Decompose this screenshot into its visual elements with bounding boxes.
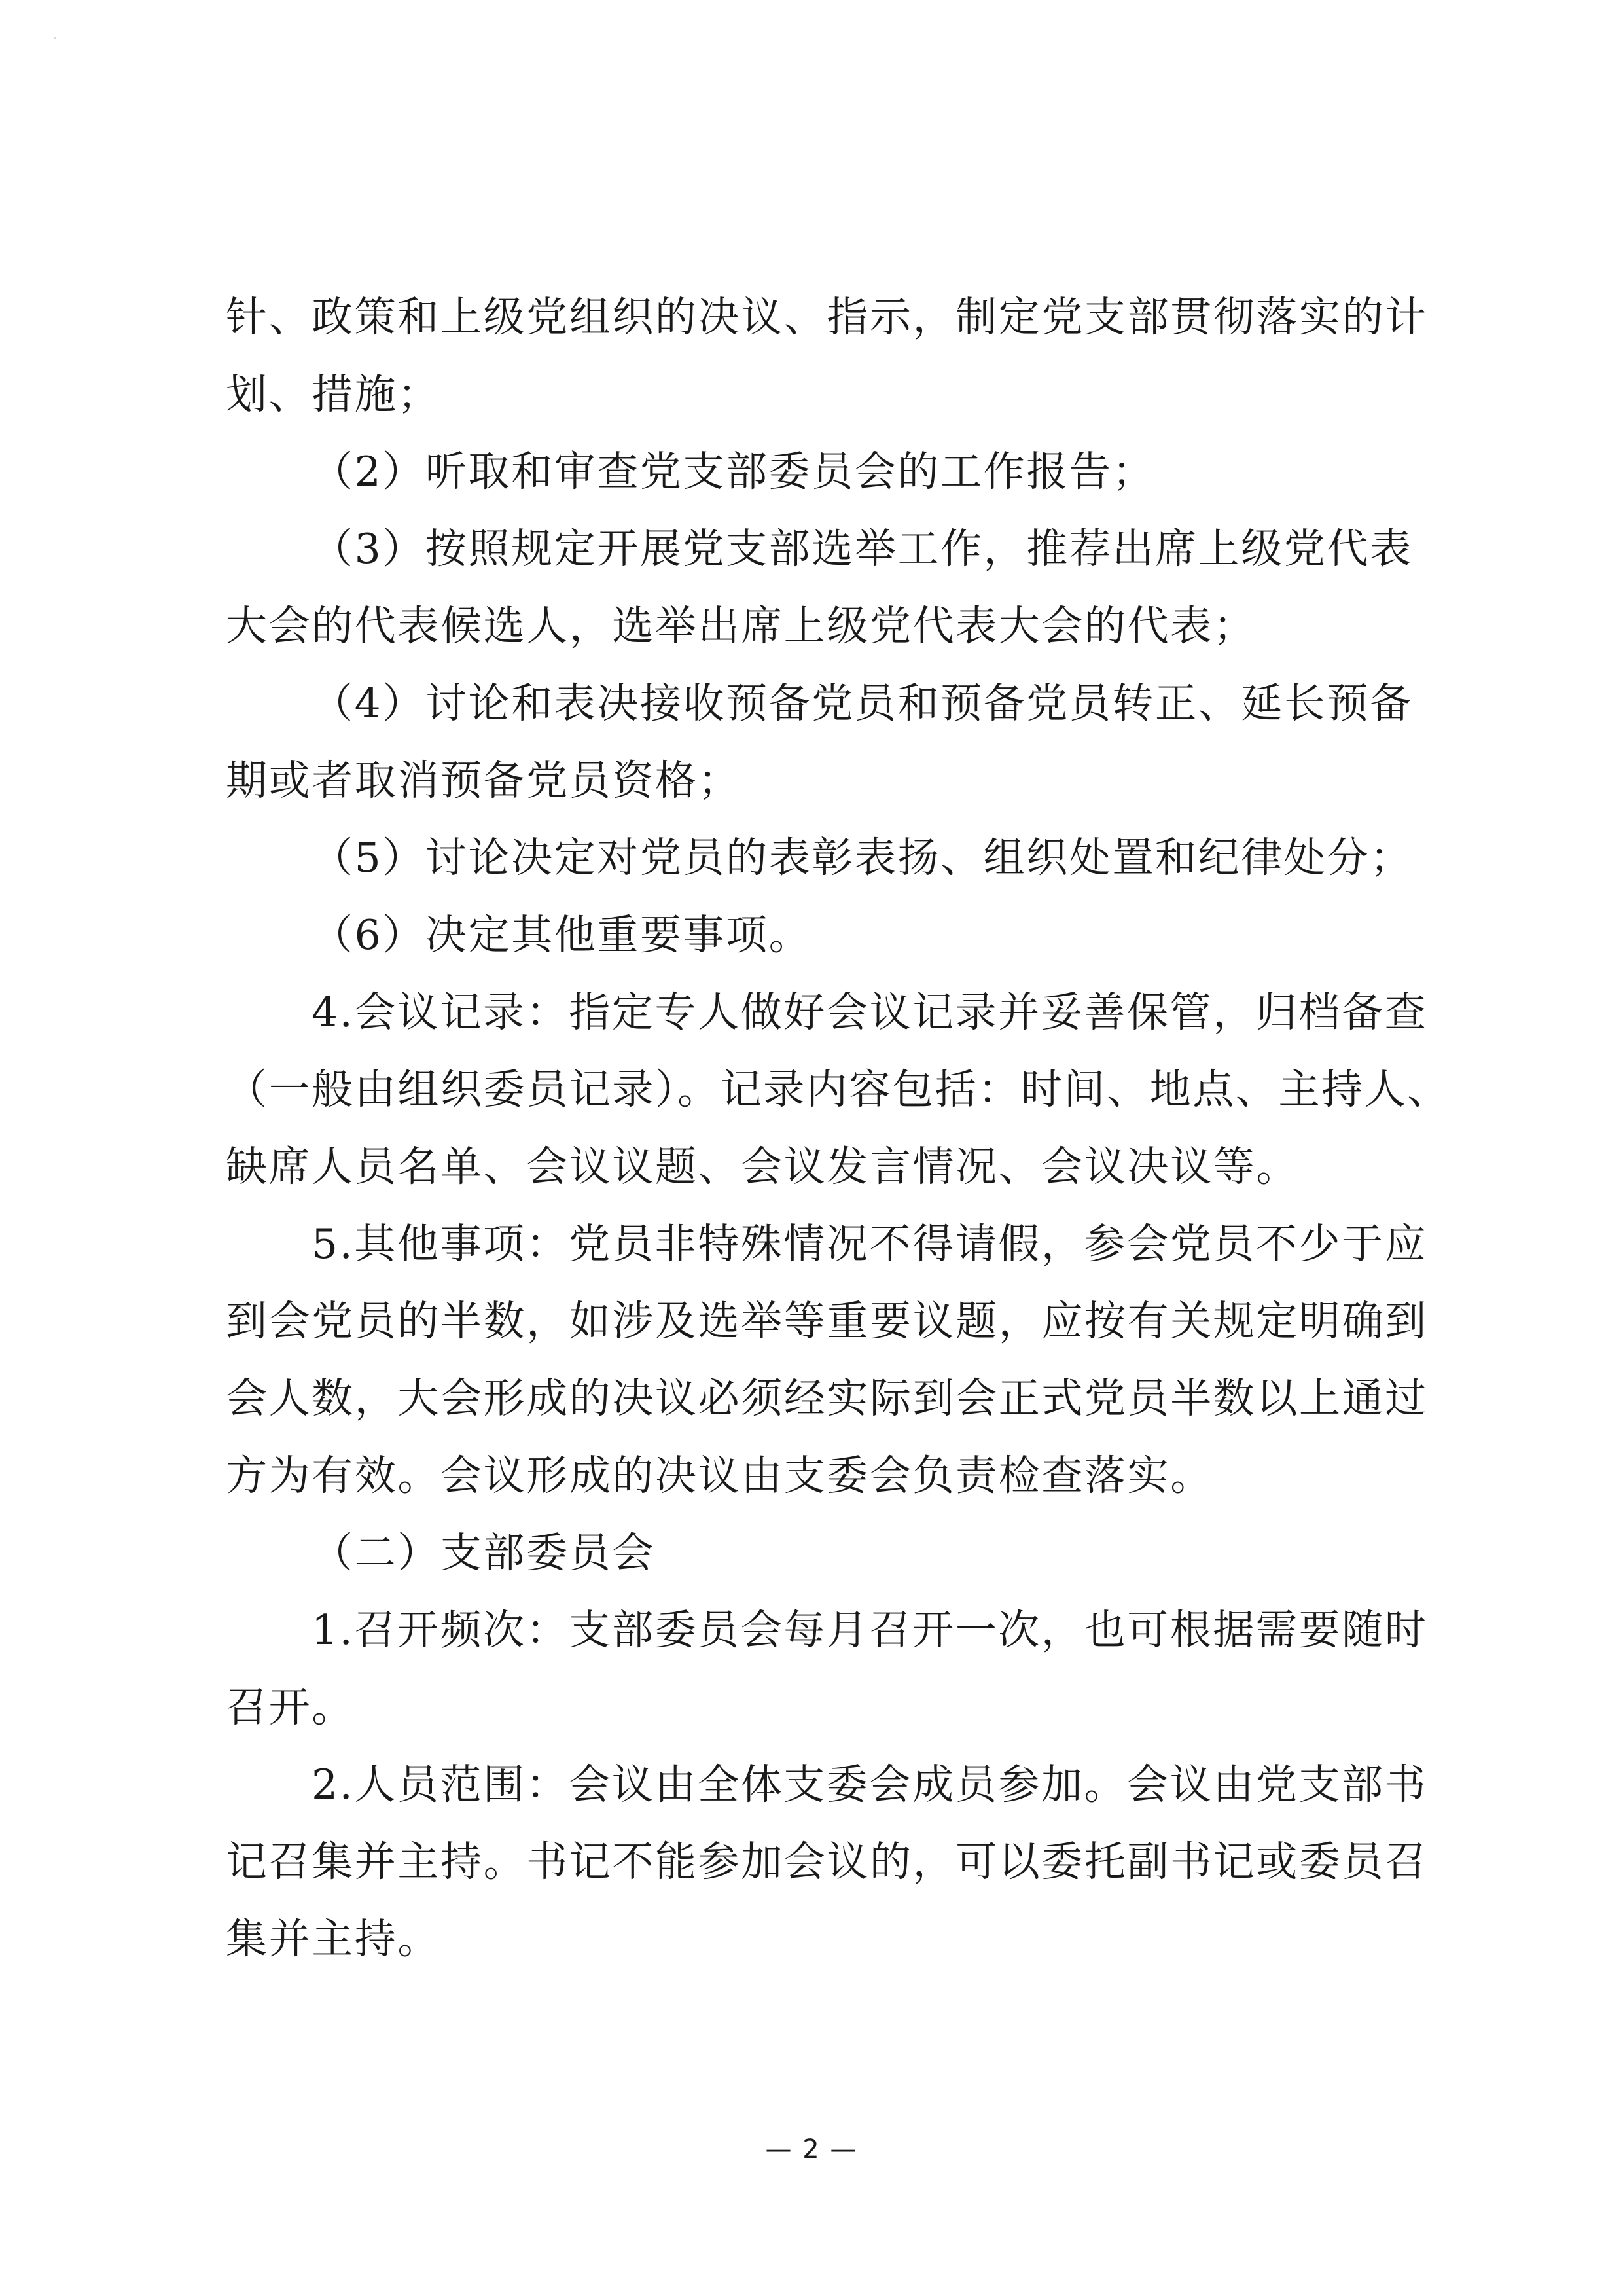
page-number: — 2 — xyxy=(0,2132,1623,2166)
list-item-6: （6）决定其他重要事项。 xyxy=(226,897,1443,974)
text-line-continuation: 会人数，大会形成的决议必须经实际到会正式党员半数以上通过 xyxy=(226,1360,1443,1437)
scan-speck xyxy=(54,37,56,39)
text-line-continuation: 大会的代表候选人，选举出席上级党代表大会的代表； xyxy=(226,588,1443,665)
text-line-continuation: 划、措施； xyxy=(226,356,1443,433)
text-line-continuation: 针、政策和上级党组织的决议、指示，制定党支部贯彻落实的计 xyxy=(226,279,1443,356)
text-line-continuation: 方为有效。会议形成的决议由支委会负责检查落实。 xyxy=(226,1437,1443,1515)
paragraph-attendee-scope: 2.人员范围：会议由全体支委会成员参加。会议由党支部书 xyxy=(226,1746,1443,1823)
text-line-continuation: 到会党员的半数，如涉及选举等重要议题，应按有关规定明确到 xyxy=(226,1283,1443,1360)
document-body: 针、政策和上级党组织的决议、指示，制定党支部贯彻落实的计 划、措施； （2）听取… xyxy=(226,279,1443,1978)
text-line-continuation: 集并主持。 xyxy=(226,1901,1443,1978)
section-heading-branch-committee: （二）支部委员会 xyxy=(226,1515,1443,1592)
text-line-continuation: 缺席人员名单、会议议题、会议发言情况、会议决议等。 xyxy=(226,1128,1443,1206)
paragraph-other-matters: 5.其他事项：党员非特殊情况不得请假，参会党员不少于应 xyxy=(226,1206,1443,1283)
list-item-2: （2）听取和审查党支部委员会的工作报告； xyxy=(226,433,1443,511)
paragraph-meeting-frequency: 1.召开频次：支部委员会每月召开一次，也可根据需要随时 xyxy=(226,1592,1443,1669)
paragraph-meeting-records: 4.会议记录：指定专人做好会议记录并妥善保管，归档备查 xyxy=(226,974,1443,1051)
list-item-4: （4）讨论和表决接收预备党员和预备党员转正、延长预备 xyxy=(226,665,1443,742)
list-item-3: （3）按照规定开展党支部选举工作，推荐出席上级党代表 xyxy=(226,511,1443,588)
text-line-continuation: （一般由组织委员记录）。记录内容包括：时间、地点、主持人、 xyxy=(226,1051,1443,1128)
text-line-continuation: 记召集并主持。书记不能参加会议的，可以委托副书记或委员召 xyxy=(226,1823,1443,1901)
text-line-continuation: 期或者取消预备党员资格； xyxy=(226,742,1443,819)
document-page: 针、政策和上级党组织的决议、指示，制定党支部贯彻落实的计 划、措施； （2）听取… xyxy=(0,0,1623,2296)
list-item-5: （5）讨论决定对党员的表彰表扬、组织处置和纪律处分； xyxy=(226,819,1443,897)
text-line-continuation: 召开。 xyxy=(226,1669,1443,1746)
